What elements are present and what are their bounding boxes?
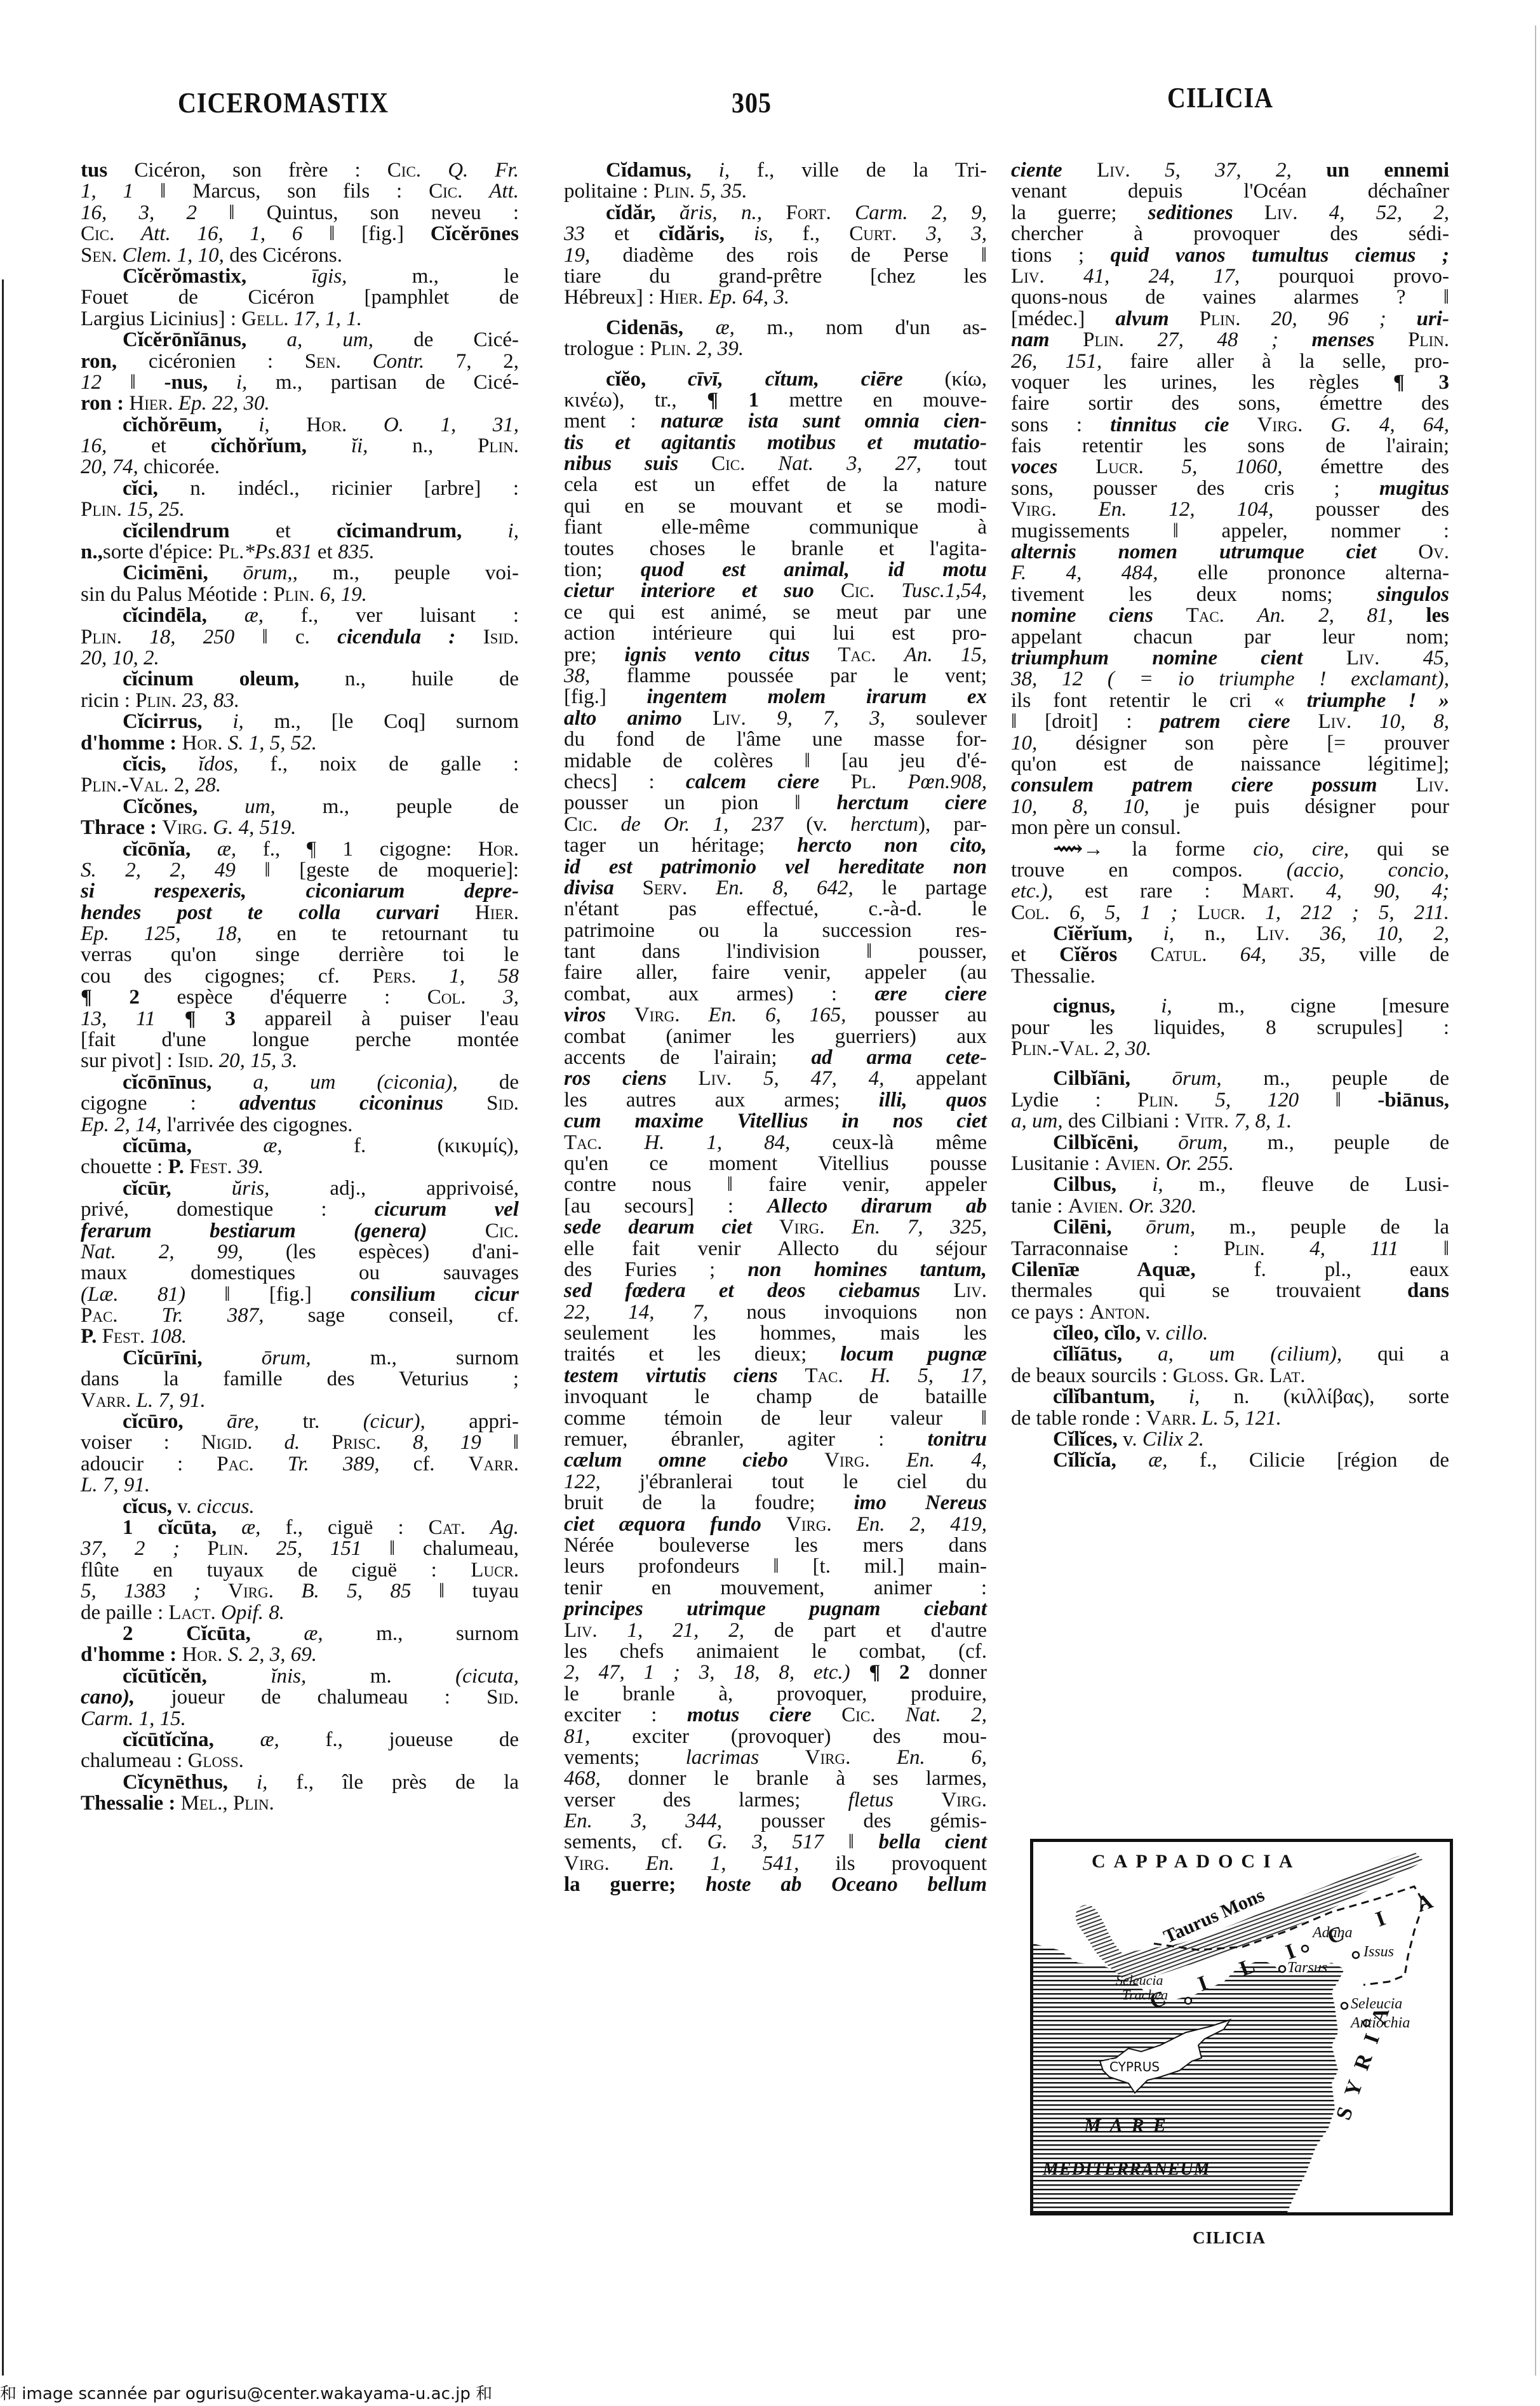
entry-text: d. bbox=[284, 1431, 331, 1454]
entry-text: midable de colères ‖ [au jeu d'é- bbox=[564, 749, 987, 772]
text-line: Nat. 2, 99, (les espèces) d'ani- bbox=[81, 1242, 519, 1263]
column-middle: Cĭdamus, i, f., ville de la Tri-politain… bbox=[564, 160, 987, 1896]
headword-text: Cĭcĕrōnĭānus, bbox=[123, 328, 286, 351]
text-line: tis et agitantis motibus et mutatio- bbox=[564, 433, 987, 454]
entry-text: Ep. 64, 3. bbox=[709, 286, 789, 309]
text-line: Thessalie. bbox=[1011, 966, 1449, 987]
entry-text: calcem ciere bbox=[686, 770, 851, 793]
text-line: etc.), est rare : Mart. 4, 90, 4; bbox=[1011, 881, 1449, 902]
headword-text: cĭdăr, bbox=[606, 201, 680, 224]
entry-text: v. bbox=[1146, 1322, 1166, 1345]
entry-text: ceux-là même bbox=[832, 1131, 987, 1154]
entry-text: ‖ [fig.] bbox=[329, 222, 431, 245]
text-line: maux domestiques ou sauvages bbox=[81, 1263, 519, 1284]
text-line: ce qui est animé, se meut par une bbox=[564, 602, 987, 623]
entry-text: Serv. bbox=[643, 877, 716, 899]
entry-text: faire aller à la selle, pro- bbox=[1130, 350, 1450, 373]
entry-text: Cic. bbox=[429, 180, 489, 203]
text-line: fais retentir les sons de l'airain; bbox=[1011, 436, 1449, 457]
entry-text: m., surnom bbox=[376, 1622, 519, 1645]
text-line: alto animo Liv. 9, 7, 3, soulever bbox=[564, 708, 987, 729]
entry-text: des Cicérons. bbox=[229, 244, 342, 267]
entry-text: id est patrimonio vel hereditate non bbox=[564, 856, 987, 878]
entry-text: tions ; bbox=[1011, 244, 1111, 267]
entry-text: Cic. bbox=[387, 159, 448, 182]
entry-text: a, um, bbox=[1011, 1110, 1068, 1132]
entry-text: sed fœdera et deos ciebamus bbox=[564, 1279, 953, 1302]
entry-text: tiare du grand-prêtre [chez les bbox=[564, 265, 987, 288]
entry-text: F. 4, 484, bbox=[1011, 561, 1198, 584]
headword-text: Thessalie : bbox=[81, 1792, 181, 1815]
entry-text: 2, bbox=[174, 774, 195, 796]
entry-text: et bbox=[614, 222, 659, 245]
text-line: voces Lucr. 5, 1060, émettre des bbox=[1011, 457, 1449, 478]
text-line: accents de l'airain; ad arma cete- bbox=[564, 1047, 987, 1068]
entry-text: ), par- bbox=[918, 813, 987, 836]
entry-text: 20, 15, 3. bbox=[219, 1049, 298, 1072]
entry-text: tenir en mouvement, animer : bbox=[564, 1576, 987, 1599]
entry-text: a, um (cilium), bbox=[1158, 1343, 1377, 1366]
entry-text: Thessalie. bbox=[1011, 965, 1095, 988]
text-line: (Læ. 81) ‖ [fig.] consilium cicur bbox=[81, 1284, 519, 1305]
text-line: cĭlĭbantum, i, n. (κιλλίβας), sorte bbox=[1011, 1387, 1449, 1408]
entry-text: de Or. 1, 237 bbox=[621, 813, 807, 836]
entry-text: Tr. 389, bbox=[288, 1453, 413, 1475]
text-line: 37, 2 ; Plin. 25, 151 ‖ chalumeau, bbox=[81, 1538, 519, 1559]
entry-text: Carm. 1, 15. bbox=[81, 1707, 186, 1730]
entry-text: Cic. bbox=[485, 1220, 519, 1242]
entry-text: Cilix 2. bbox=[1142, 1428, 1204, 1451]
text-line: Cĭcūrīni, ōrum, m., surnom bbox=[81, 1348, 519, 1369]
entry-text: f., ver luisant : bbox=[301, 604, 519, 627]
text-line: Cidenās, æ, m., nom d'un as- bbox=[564, 318, 987, 339]
entry-text: æ, bbox=[241, 1516, 285, 1539]
headword-text: Cĭcĕrōnes bbox=[431, 222, 519, 245]
text-line: toutes choses le branle et l'agita- bbox=[564, 539, 987, 560]
text-line: 33 et cĭdăris, is, f., Curt. 3, 3, bbox=[564, 224, 987, 245]
entry-text: qu'en ce moment Vitellius pousse bbox=[564, 1152, 987, 1175]
entry-text: ‖ Quintus, son neveu : bbox=[229, 201, 519, 224]
entry-text: S. 2, 2, 49 bbox=[81, 859, 264, 882]
entry-text: cano), bbox=[81, 1686, 171, 1709]
entry-text: En. 6, bbox=[897, 1746, 987, 1769]
text-line: la guerre; seditiones Liv. 4, 52, 2, bbox=[1011, 203, 1449, 224]
entry-text: triumphum nomine cient bbox=[1011, 647, 1346, 669]
entry-text: Cic. bbox=[564, 813, 621, 836]
entry-text: cīvī, cĭtum, ciēre bbox=[688, 368, 945, 391]
map-label-tarsus: Tarsus bbox=[1287, 1959, 1327, 1977]
entry-text: (v. bbox=[806, 813, 850, 836]
entry-text: lacrimas bbox=[686, 1746, 805, 1769]
entry-text: (κίω, bbox=[945, 368, 987, 391]
entry-text: L. 7, 91. bbox=[81, 1474, 150, 1496]
text-line: 2, 47, 1 ; 3, 18, 8, etc.) ¶ 2 donner bbox=[564, 1662, 987, 1683]
text-line: chalumeau : Gloss. bbox=[81, 1751, 519, 1771]
text-line: cĭcūro, āre, tr. (cicur), appri- bbox=[81, 1411, 519, 1432]
entry-text: et bbox=[151, 434, 211, 457]
entry-text: m., le bbox=[412, 265, 519, 288]
entry-text: 7, 2, bbox=[456, 350, 519, 373]
entry-text: Sid. bbox=[486, 1092, 519, 1115]
entry-text: tis et agitantis motibus et mutatio- bbox=[564, 431, 987, 454]
entry-text: chouette : bbox=[81, 1155, 168, 1178]
entry-text: [au secours] : bbox=[564, 1195, 767, 1218]
entry-text: Plin. bbox=[653, 180, 700, 203]
entry-text: Nérée bouleverse les mers dans bbox=[564, 1534, 987, 1557]
text-line: fiant elle-même communique à bbox=[564, 517, 987, 538]
text-line: ils font retentir le cri « triumphe ! » bbox=[1011, 690, 1449, 711]
headword-text: ¶ 3 bbox=[185, 1007, 265, 1030]
text-line: traités et les dieux; locum pugnæ bbox=[564, 1344, 987, 1365]
entry-text: Lucr. bbox=[1197, 901, 1265, 924]
entry-text: imo Nereus bbox=[854, 1491, 987, 1514]
entry-text: alto animo bbox=[564, 707, 713, 730]
entry-text: Virg. bbox=[941, 1789, 987, 1811]
entry-text: Plin. bbox=[135, 689, 182, 712]
entry-text: æ, bbox=[260, 1728, 326, 1751]
entry-text: Gloss. bbox=[188, 1749, 244, 1772]
text-line: Plin. 18, 250 ‖ c. cicendula : Isid. bbox=[81, 627, 519, 648]
entry-text: qui en se mouvant et se modi- bbox=[564, 495, 987, 518]
entry-text: (accio, concio, bbox=[1287, 859, 1449, 882]
headword-text: Cĭlĭces, bbox=[1053, 1428, 1123, 1451]
text-line: mugissements ‖ appeler, nommer : bbox=[1011, 521, 1449, 542]
entry-text: 20, 10, 2. bbox=[81, 647, 159, 669]
headword-text: Cilenīæ Aquæ, bbox=[1011, 1258, 1254, 1281]
text-line: ron, cicéronien : Sen. Contr. 7, 2, bbox=[81, 351, 519, 372]
text-line: n.,sorte d'épice: Pl.*Ps.831 et 835. bbox=[81, 542, 519, 563]
entry-text: Sen. bbox=[305, 350, 373, 373]
headword-text: P. bbox=[81, 1325, 102, 1348]
entry-text: f., ville de la Tri- bbox=[757, 159, 987, 182]
entry-text: Nigid. bbox=[201, 1431, 285, 1454]
entry-text: ‖ [fig.] bbox=[224, 1283, 351, 1306]
entry-text: en te retournant tu bbox=[277, 922, 519, 945]
entry-text: Gell. bbox=[241, 307, 293, 330]
entry-text: tager un héritage; bbox=[564, 834, 797, 857]
headword-text: Cĭcirrus, bbox=[123, 710, 232, 733]
text-line: patrimoine ou la succession res- bbox=[564, 920, 987, 941]
entry-text: remuer, ébranler, agiter : bbox=[564, 1428, 927, 1451]
text-line: sons : tinnitus cie Virg. G. 4, 64, bbox=[1011, 415, 1449, 436]
entry-text: n., huile de bbox=[345, 668, 519, 690]
text-line: verser des larmes; fletus Virg. bbox=[564, 1790, 987, 1811]
entry-text: B. 5, 85 bbox=[301, 1580, 439, 1603]
text-line: P. Fest. 108. bbox=[81, 1326, 519, 1347]
entry-text: soulever bbox=[916, 707, 987, 730]
text-line: combat, aux armes) : ære ciere bbox=[564, 984, 987, 1005]
entry-text: tanie : bbox=[1011, 1195, 1068, 1218]
entry-text: ros ciens bbox=[564, 1067, 699, 1090]
text-line: faire sortir des sons, émettre des bbox=[1011, 393, 1449, 414]
entry-text: pousser au bbox=[874, 1004, 987, 1026]
headword-text: Cilbus, bbox=[1053, 1173, 1152, 1196]
text-line: venant depuis l'Océan déchaîner bbox=[1011, 181, 1449, 202]
entry-text: n'étant pas effectué, c.-à-d. le bbox=[564, 897, 987, 920]
entry-text: ‖ [droit] : bbox=[1011, 710, 1160, 733]
text-line: Carm. 1, 15. bbox=[81, 1709, 519, 1730]
map-label-mare: MARE bbox=[1084, 2115, 1175, 2137]
text-line: combat (animer les guerriers) aux bbox=[564, 1026, 987, 1047]
headword-text: cĭlĭātus, bbox=[1053, 1343, 1158, 1366]
headword-text: cĭĕo, bbox=[606, 368, 688, 391]
entry-text: bella cient bbox=[878, 1831, 987, 1853]
entry-text: du fond de l'âme une masse for- bbox=[564, 728, 987, 751]
entry-text: En. 7, 325, bbox=[852, 1216, 987, 1239]
entry-text: tivement les deux noms; bbox=[1011, 583, 1377, 606]
entry-text: tion; bbox=[564, 558, 641, 581]
text-line: ‖ [droit] : patrem ciere Liv. 10, 8, bbox=[1011, 711, 1449, 732]
text-line: voquer les urines, les règles ¶ 3 bbox=[1011, 372, 1449, 393]
entry-text: f. (κικυμίς), bbox=[354, 1134, 519, 1157]
entry-text: [fait d'une longue perche montée bbox=[81, 1028, 519, 1051]
entry-text: 20, 96 ; bbox=[1271, 307, 1417, 330]
entry-text: thermales qui se trouvaient bbox=[1011, 1279, 1407, 1302]
entry-text: Vitr. bbox=[1185, 1110, 1234, 1132]
text-line: Cĭlĭces, v. Cilix 2. bbox=[1011, 1429, 1449, 1450]
entry-text: Liv. bbox=[1318, 710, 1380, 733]
entry-text: joueur de chalumeau : bbox=[171, 1686, 487, 1709]
text-line: Tarraconnaise : Plin. 4, 111 ‖ bbox=[1011, 1239, 1449, 1260]
entry-text: traités et les dieux; bbox=[564, 1343, 840, 1366]
entry-text: pre; bbox=[564, 643, 624, 666]
text-line: tanie : Avien. Or. 320. bbox=[1011, 1196, 1449, 1217]
text-line: consulem patrem ciere possum Liv. bbox=[1011, 775, 1449, 796]
entry-text: tout bbox=[954, 452, 987, 475]
entry-text: ce qui est animé, se meut par une bbox=[564, 601, 987, 624]
entry-text: des Cilbiani : bbox=[1068, 1110, 1185, 1132]
text-line: pre; ignis vento citus Tac. An. 15, bbox=[564, 645, 987, 666]
entry-text: herctum bbox=[850, 813, 918, 836]
entry-text: 1, 212 ; 5, 211. bbox=[1265, 901, 1449, 924]
text-line: dans la famille des Veturius ; bbox=[81, 1369, 519, 1390]
text-line: cum maxime Vitellius in nos ciet bbox=[564, 1111, 987, 1132]
text-line: Cĭcirrus, i, m., [le Coq] surnom bbox=[81, 711, 519, 732]
entry-text: mon père un consul. bbox=[1011, 816, 1181, 839]
entry-text: 39. bbox=[238, 1155, 264, 1178]
entry-text: désigner son père [= prouver bbox=[1076, 732, 1449, 755]
entry-text: nous invoquions non bbox=[746, 1301, 987, 1324]
entry-text: (cicuta, bbox=[455, 1665, 519, 1688]
entry-text: 468, bbox=[564, 1767, 628, 1790]
text-line: cĭcōnĭa, æ, f., ¶ 1 cigogne: Hor. bbox=[81, 839, 519, 860]
entry-text: Contr. bbox=[373, 350, 456, 373]
text-line: Fouet de Cicéron [pamphlet de bbox=[81, 287, 519, 308]
entry-text: Cic. bbox=[841, 579, 901, 602]
entry-text: Gloss. Gr. Lat. bbox=[1173, 1364, 1306, 1387]
entry-text: 12 bbox=[81, 371, 130, 394]
text-line: 20, 74, chicorée. bbox=[81, 457, 519, 478]
text-line: 468, donner le branle à ses larmes, bbox=[564, 1768, 987, 1789]
text-line: du fond de l'âme une masse for- bbox=[564, 729, 987, 750]
headword-text: Cĭĕros bbox=[1059, 943, 1150, 966]
entry-text: Pl. bbox=[218, 541, 244, 563]
entry-text: appelant chacun par leur nom; bbox=[1011, 626, 1449, 649]
headword-text: Cilēni, bbox=[1053, 1216, 1146, 1239]
entry-text: 10, bbox=[1011, 732, 1076, 755]
text-line: de beaux sourcils : Gloss. Gr. Lat. bbox=[1011, 1366, 1449, 1387]
entry-text: Virg. bbox=[786, 1513, 857, 1536]
headword-text: 1 cĭcūta, bbox=[123, 1516, 241, 1539]
entry-text: appri- bbox=[469, 1410, 519, 1433]
map-label-seleucia-trachea-2: Trachea bbox=[1122, 1987, 1168, 2003]
entry-text: Avien. bbox=[1105, 1152, 1165, 1175]
entry-text: consilium cicur bbox=[351, 1283, 519, 1306]
text-line: 38, 12 ( = io triumphe ! exclamant), bbox=[1011, 669, 1449, 690]
entry-text: i, bbox=[1163, 922, 1205, 945]
entry-text: et bbox=[318, 541, 338, 563]
entry-text: voquer les urines, les règles bbox=[1011, 371, 1393, 394]
text-line: cela est un effet de la nature bbox=[564, 474, 987, 495]
text-line: ciet æquora fundo Virg. En. 2, 419, bbox=[564, 1514, 987, 1535]
text-line: cano), joueur de chalumeau : Sid. bbox=[81, 1687, 519, 1708]
text-line: nibus suis Cic. Nat. 3, 27, tout bbox=[564, 454, 987, 474]
entry-text: Liv. bbox=[1346, 647, 1423, 669]
text-line: ciente Liv. 5, 37, 2, un ennemi bbox=[1011, 160, 1449, 181]
entry-text: cum maxime Vitellius in nos ciet bbox=[564, 1110, 987, 1132]
text-line: chouette : P. Fest. 39. bbox=[81, 1157, 519, 1178]
headword-text: cĭcūro, bbox=[123, 1410, 227, 1433]
entry-text: consulem patrem ciere possum bbox=[1011, 774, 1416, 796]
entry-text: Lact. bbox=[168, 1601, 221, 1624]
entry-text: 4, 111 bbox=[1309, 1237, 1443, 1260]
entry-text: Virg. bbox=[824, 1449, 906, 1472]
entry-text: v. bbox=[1123, 1428, 1142, 1451]
text-line: Plin. 15, 25. bbox=[81, 499, 519, 520]
entry-text: trologue : bbox=[564, 337, 650, 360]
entry-text: m., surnom bbox=[370, 1347, 519, 1369]
entry-text: 1, 1 bbox=[81, 180, 160, 203]
entry-text: contre nous ‖ faire venir, appeler bbox=[564, 1173, 987, 1196]
entry-text: ‖ bbox=[1443, 1237, 1449, 1260]
entry-text: ciente bbox=[1011, 159, 1097, 182]
entry-text: Lusitanie : bbox=[1011, 1152, 1105, 1175]
map-label-cappadocia: CAPPADOCIA bbox=[1092, 1851, 1301, 1872]
text-line: id est patrimonio vel hereditate non bbox=[564, 857, 987, 878]
entry-text: 10, 8, bbox=[1379, 710, 1449, 733]
text-line: 12 ‖ -nus, i, m., partisan de Cicé- bbox=[81, 372, 519, 393]
text-line: cigogne : adventus ciconinus Sid. bbox=[81, 1093, 519, 1114]
text-line: tager un héritage; hercto non cito, bbox=[564, 835, 987, 856]
text-line: hendes post te colla curvari Hier. bbox=[81, 903, 519, 924]
headword-text: Cĭdamus, bbox=[606, 159, 719, 182]
entry-text: ĭdos, bbox=[198, 753, 271, 776]
entry-text: ingentem molem irarum ex bbox=[647, 685, 988, 708]
entry-text: Ov. bbox=[1418, 541, 1449, 563]
entry-text: voces bbox=[1011, 455, 1095, 478]
entry-text: Fort. bbox=[786, 201, 855, 224]
entry-text: seditiones bbox=[1148, 201, 1264, 224]
entry-text: ‖ bbox=[130, 371, 164, 394]
entry-text: cela est un effet de la nature bbox=[564, 473, 987, 496]
entry-text: Liv. bbox=[1256, 922, 1320, 945]
text-line: Cilenīæ Aquæ, f. pl., eaux bbox=[1011, 1260, 1449, 1280]
entry-text: Varr. bbox=[469, 1453, 519, 1475]
entry-text: An. 2, 81, bbox=[1257, 604, 1426, 627]
entry-text: 122, bbox=[564, 1470, 639, 1493]
entry-text: ‖ c. bbox=[262, 626, 337, 649]
headword-text: cĭcimandrum, bbox=[337, 520, 507, 542]
headword-text: cĭci, bbox=[123, 477, 190, 500]
entry-text: 1, 21, 2, bbox=[627, 1619, 774, 1642]
entry-text: Catul. bbox=[1150, 943, 1240, 966]
text-line: verras qu'on singe derrière toi le bbox=[81, 944, 519, 965]
entry-text: est rare : bbox=[1085, 880, 1242, 903]
text-line: Liv. 1, 21, 2, de part et d'autre bbox=[564, 1620, 987, 1641]
text-line: Thessalie : Mel., Plin. bbox=[81, 1793, 519, 1814]
entry-text: mettre en mouve- bbox=[789, 389, 987, 412]
text-line: sin du Palus Méotide : Plin. 6, 19. bbox=[81, 584, 519, 605]
text-line: Sen. Clem. 1, 10, des Cicérons. bbox=[81, 245, 519, 266]
text-line: bruit de la foudre; imo Nereus bbox=[564, 1493, 987, 1514]
entry-text: Sen. bbox=[81, 244, 123, 267]
text-line: ment : naturæ ista sunt omnia cien- bbox=[564, 411, 987, 432]
entry-text: f., ¶ 1 cigogne: bbox=[263, 838, 478, 861]
entry-text: l'arrivée des cigognes. bbox=[167, 1113, 353, 1136]
text-line: cĭcinum oleum, n., huile de bbox=[81, 669, 519, 690]
entry-text: En. 3, 344, bbox=[564, 1810, 761, 1832]
entry-text: n., bbox=[1205, 922, 1256, 945]
text-line: de table ronde : Varr. L. 5, 121. bbox=[1011, 1408, 1449, 1429]
entry-text: le partage bbox=[881, 877, 987, 899]
entry-text: adventus ciconinus bbox=[239, 1092, 486, 1115]
entry-text: cf. bbox=[413, 1453, 469, 1475]
entry-text: flûte en tuyaux de ciguë : bbox=[81, 1559, 471, 1582]
entry-text: 3, 3, bbox=[926, 222, 987, 245]
entry-text: Pers. bbox=[373, 965, 450, 988]
text-line: Cic. de Or. 1, 237 (v. herctum), par- bbox=[564, 814, 987, 835]
entry-text: Liv. bbox=[564, 1619, 627, 1642]
entry-text: En. 1, 541, bbox=[646, 1852, 836, 1875]
entry-text: Hor. bbox=[182, 732, 228, 755]
text-line: [médec.] alvum Plin. 20, 96 ; uri- bbox=[1011, 309, 1449, 330]
entry-text: hoste ab Oceano bellum bbox=[706, 1873, 987, 1896]
entry-text: Isid. bbox=[483, 626, 519, 649]
text-line: tivement les deux noms; singulos bbox=[1011, 584, 1449, 605]
text-line: Cicimēni, ōrum,, m., peuple voi- bbox=[81, 563, 519, 584]
map-label-mediterraneum: MEDITERRANEUM bbox=[1043, 2160, 1210, 2180]
text-line: cĭcūtĭcĕn, ĭnis, m. (cicuta, bbox=[81, 1666, 519, 1687]
entry-text: Nat. 2, bbox=[906, 1704, 987, 1726]
entry-text: f., noix de galle : bbox=[270, 753, 519, 776]
entry-text: Tac. bbox=[838, 643, 904, 666]
entry-text: exciter (provoquer) des mou- bbox=[632, 1725, 987, 1748]
entry-text: 4, 52, 2, bbox=[1329, 201, 1449, 224]
entry-text: Largius Licinius] : bbox=[81, 307, 241, 330]
text-line: Virg. En. 12, 104, pousser des bbox=[1011, 499, 1449, 520]
text-line: a, um, des Cilbiani : Vitr. 7, 8, 1. bbox=[1011, 1111, 1449, 1132]
entry-text: ōrum,, bbox=[243, 561, 333, 584]
entry-text: sur pivot] : bbox=[81, 1049, 178, 1072]
entry-text: adoucir : bbox=[81, 1453, 217, 1475]
entry-text: En. 8, 642, bbox=[716, 877, 881, 899]
text-line: Cilbĭāni, ōrum, m., peuple de bbox=[1011, 1068, 1449, 1089]
entry-text: m., peuple de bbox=[1268, 1131, 1449, 1154]
text-line: sur pivot] : Isid. 20, 15, 3. bbox=[81, 1051, 519, 1072]
text-line: des Furies ; non homines tantum, bbox=[564, 1260, 987, 1280]
entry-text: 18, 250 bbox=[149, 626, 262, 649]
text-line: ¶ 2 espèce d'équerre : Col. 3, bbox=[81, 987, 519, 1008]
text-line: cælum omne ciebo Virg. En. 4, bbox=[564, 1450, 987, 1471]
headword-text: Cidenās, bbox=[606, 316, 716, 339]
entry-text: i, bbox=[1152, 1173, 1199, 1196]
entry-text: n. (κιλλίβας), sorte bbox=[1234, 1385, 1449, 1408]
entry-text: i, bbox=[1189, 1385, 1234, 1408]
column-left: tus Cicéron, son frère : Cic. Q. Fr.1, 1… bbox=[81, 160, 519, 1814]
entry-text: Pœn.908, bbox=[907, 770, 987, 793]
text-line: cĭcūtĭcĭna, æ, f., joueuse de bbox=[81, 1730, 519, 1751]
text-line: le branle à, provoquer, produire, bbox=[564, 1684, 987, 1705]
